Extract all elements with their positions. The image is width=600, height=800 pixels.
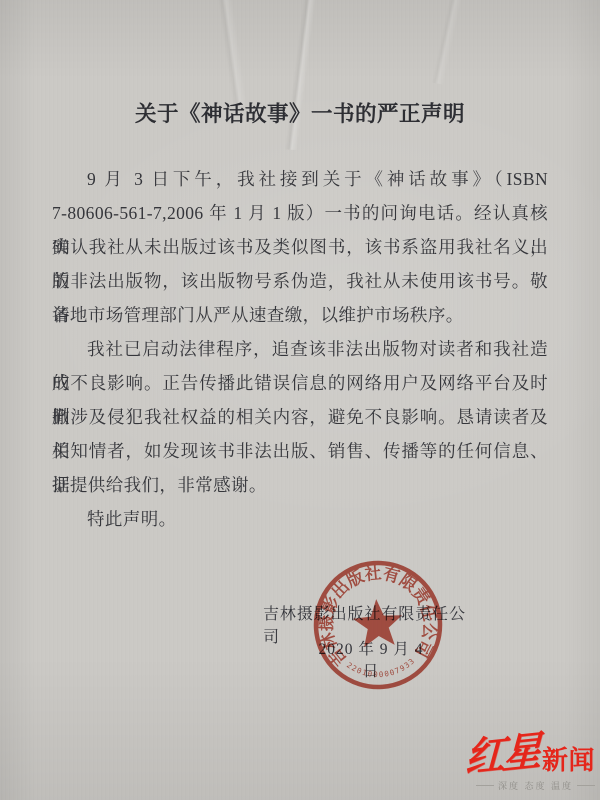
photographed-document: 关于《神话故事》一书的严正声明 9 月 3 日下午，我社接到关于《神话故事》（I… <box>0 0 600 800</box>
brand-logo: 红星 新闻 <box>445 724 595 774</box>
body-line: 关知情者，如发现该书非法出版、销售、传播等的任何信息、证 <box>52 434 548 468</box>
body-line: 确认我社从未出版过该书及类似图书，该书系盗用我社名义出版 <box>52 230 548 264</box>
brand-calligraphy-text: 红星 <box>465 732 540 778</box>
body-line: 我社已启动法律程序，追查该非法出版物对读者和我社造成 <box>52 332 548 366</box>
tagline-text: 深度 态度 温度 <box>498 779 573 792</box>
body-line: 的不良影响。正告传播此错误信息的网络用户及网络平台及时删 <box>52 366 548 400</box>
body-line: 的非法出版物，该出版物号系伪造，我社从未使用该书号。敬请 <box>52 264 548 298</box>
brand-bold-text: 新闻 <box>542 747 595 774</box>
body-line: 特此声明。 <box>52 502 548 536</box>
body-line: 各地市场管理部门从严从速查缴，以维护市场秩序。 <box>52 298 548 332</box>
body-line: 9 月 3 日下午，我社接到关于《神话故事》（ISBN <box>52 162 548 196</box>
body-line: 7-80606-561-7,2006 年 1 月 1 版）一书的问询电话。经认真… <box>52 196 548 230</box>
red-star-news-watermark: 红星 新闻 深度 态度 温度 <box>445 724 595 792</box>
brand-tagline: 深度 态度 温度 <box>445 779 595 792</box>
signature-date: 2020 年 9 月 4 日 <box>313 637 429 681</box>
paper-crease <box>266 0 334 151</box>
body-line: 据提供给我们，非常感谢。 <box>52 468 548 502</box>
tagline-rule-left <box>476 785 494 786</box>
document-body: 9 月 3 日下午，我社接到关于《神话故事》（ISBN 7-80606-561-… <box>52 162 548 536</box>
paper-crease <box>397 0 491 90</box>
document-title: 关于《神话故事》一书的严正声明 <box>52 97 548 128</box>
tagline-rule-right <box>577 785 595 786</box>
body-line: 撤涉及侵犯我社权益的相关内容，避免不良影响。恳请读者及相 <box>52 400 548 434</box>
